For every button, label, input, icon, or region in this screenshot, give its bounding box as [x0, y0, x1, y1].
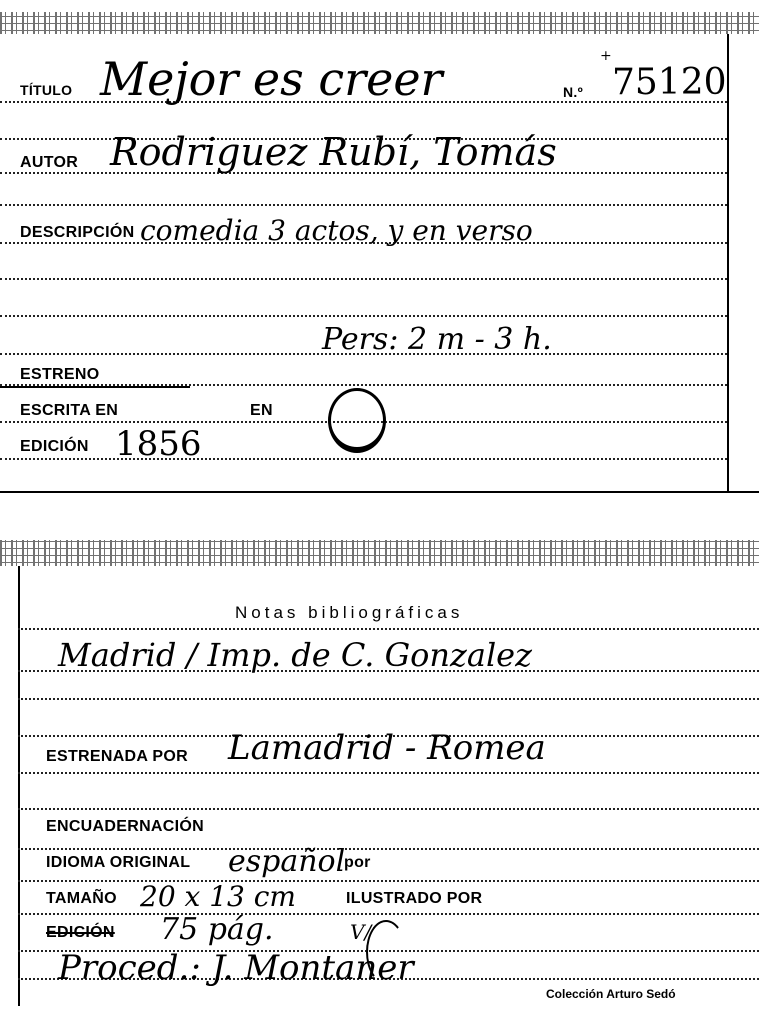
autor-label: Autor [20, 154, 78, 172]
estrenada-por-value: Lamadrid - Romea [228, 728, 546, 768]
card-edge-texture [0, 12, 759, 34]
circle-stamp [328, 388, 386, 453]
catalog-card-front: Título Mejor es creer N.º + 75120 Autor … [0, 0, 759, 495]
descripcion-label: Descripción [20, 224, 134, 242]
numero-mark: + [600, 48, 612, 64]
ilustrado-por-label: Ilustrado por [346, 890, 482, 908]
procedencia: Proced.: J. Montaner [58, 948, 414, 988]
escrita-en-label: Escrita en [20, 402, 118, 420]
tamano-value: 20 x 13 cm [140, 880, 296, 913]
catalog-card-back: Notas bibliográficas Madrid / Imp. de C.… [0, 540, 759, 1028]
estreno-label: Estreno [20, 366, 99, 384]
en-label: En [250, 402, 273, 420]
notas-imprenta: Madrid / Imp. de C. Gonzalez [58, 636, 532, 674]
rule [18, 772, 759, 774]
tamano-label: Tamaño [46, 890, 117, 908]
rule [0, 458, 727, 460]
descripcion-personajes: Pers: 2 m - 3 h. [322, 322, 552, 357]
titulo-value: Mejor es creer [100, 52, 443, 106]
rule [18, 628, 759, 630]
rule [0, 278, 727, 280]
idioma-original-label: Idioma original [46, 854, 190, 872]
rule [18, 848, 759, 850]
rule [18, 698, 759, 700]
autor-value: Rodriguez Rubí, Tomás [110, 130, 557, 174]
notas-heading: Notas bibliográficas [235, 603, 463, 623]
encuadernacion-label: Encuadernación [46, 818, 204, 836]
rule [0, 204, 727, 206]
rule [18, 808, 759, 810]
descripcion-value: comedia 3 actos, y en verso [140, 214, 533, 247]
card-left-border [18, 566, 20, 1006]
idioma-por-label: por [344, 854, 371, 872]
estrenada-por-label: Estrenada por [46, 748, 188, 766]
rule [0, 386, 190, 388]
edicion-value: 75 pág. [160, 912, 274, 947]
numero-value: 75120 [612, 62, 727, 103]
rule [18, 880, 759, 882]
idioma-original-value: español [228, 844, 345, 879]
card-edge-texture [0, 540, 759, 566]
card-right-border [727, 34, 729, 492]
rule [0, 315, 727, 317]
edicion-label: Edición [20, 438, 89, 456]
rule [18, 913, 759, 915]
edicion-value: 1856 [115, 424, 202, 464]
edicion-label: Edición [46, 924, 115, 942]
collection-credit: Colección Arturo Sedó [546, 987, 676, 1001]
numero-label: N.º [563, 84, 583, 100]
card-bottom-border [0, 491, 759, 493]
titulo-label: Título [20, 82, 72, 98]
